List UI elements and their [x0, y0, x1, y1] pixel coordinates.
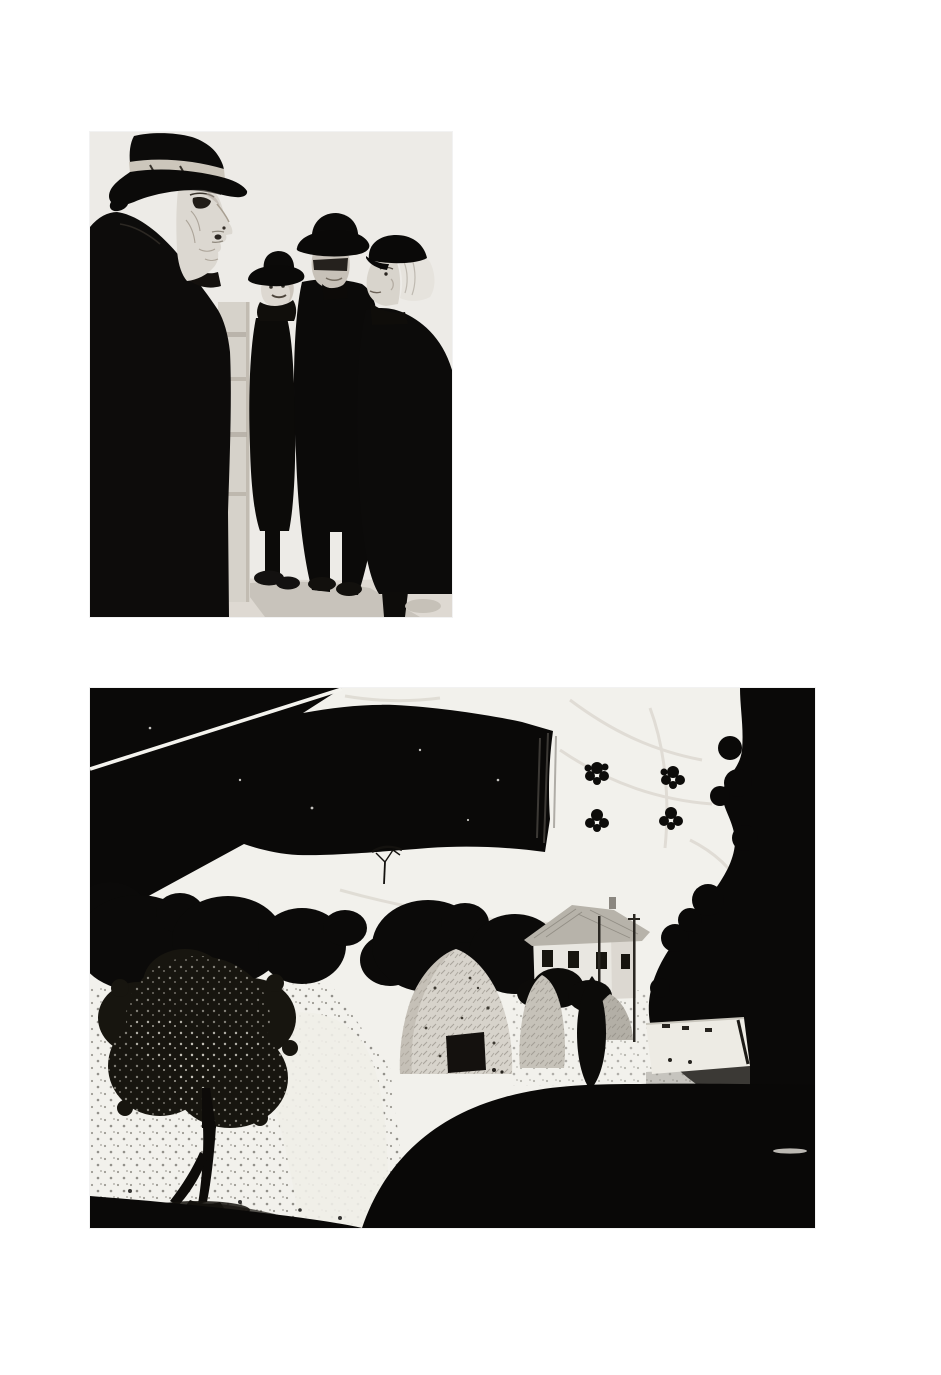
- haystack-door: [446, 1032, 486, 1073]
- photo-book-page: [0, 0, 941, 1375]
- photo-elderly-men: [90, 132, 452, 617]
- utility-pole: [633, 914, 636, 1042]
- white-slab: [646, 1018, 750, 1086]
- photo-rural-landscape: [90, 688, 815, 1228]
